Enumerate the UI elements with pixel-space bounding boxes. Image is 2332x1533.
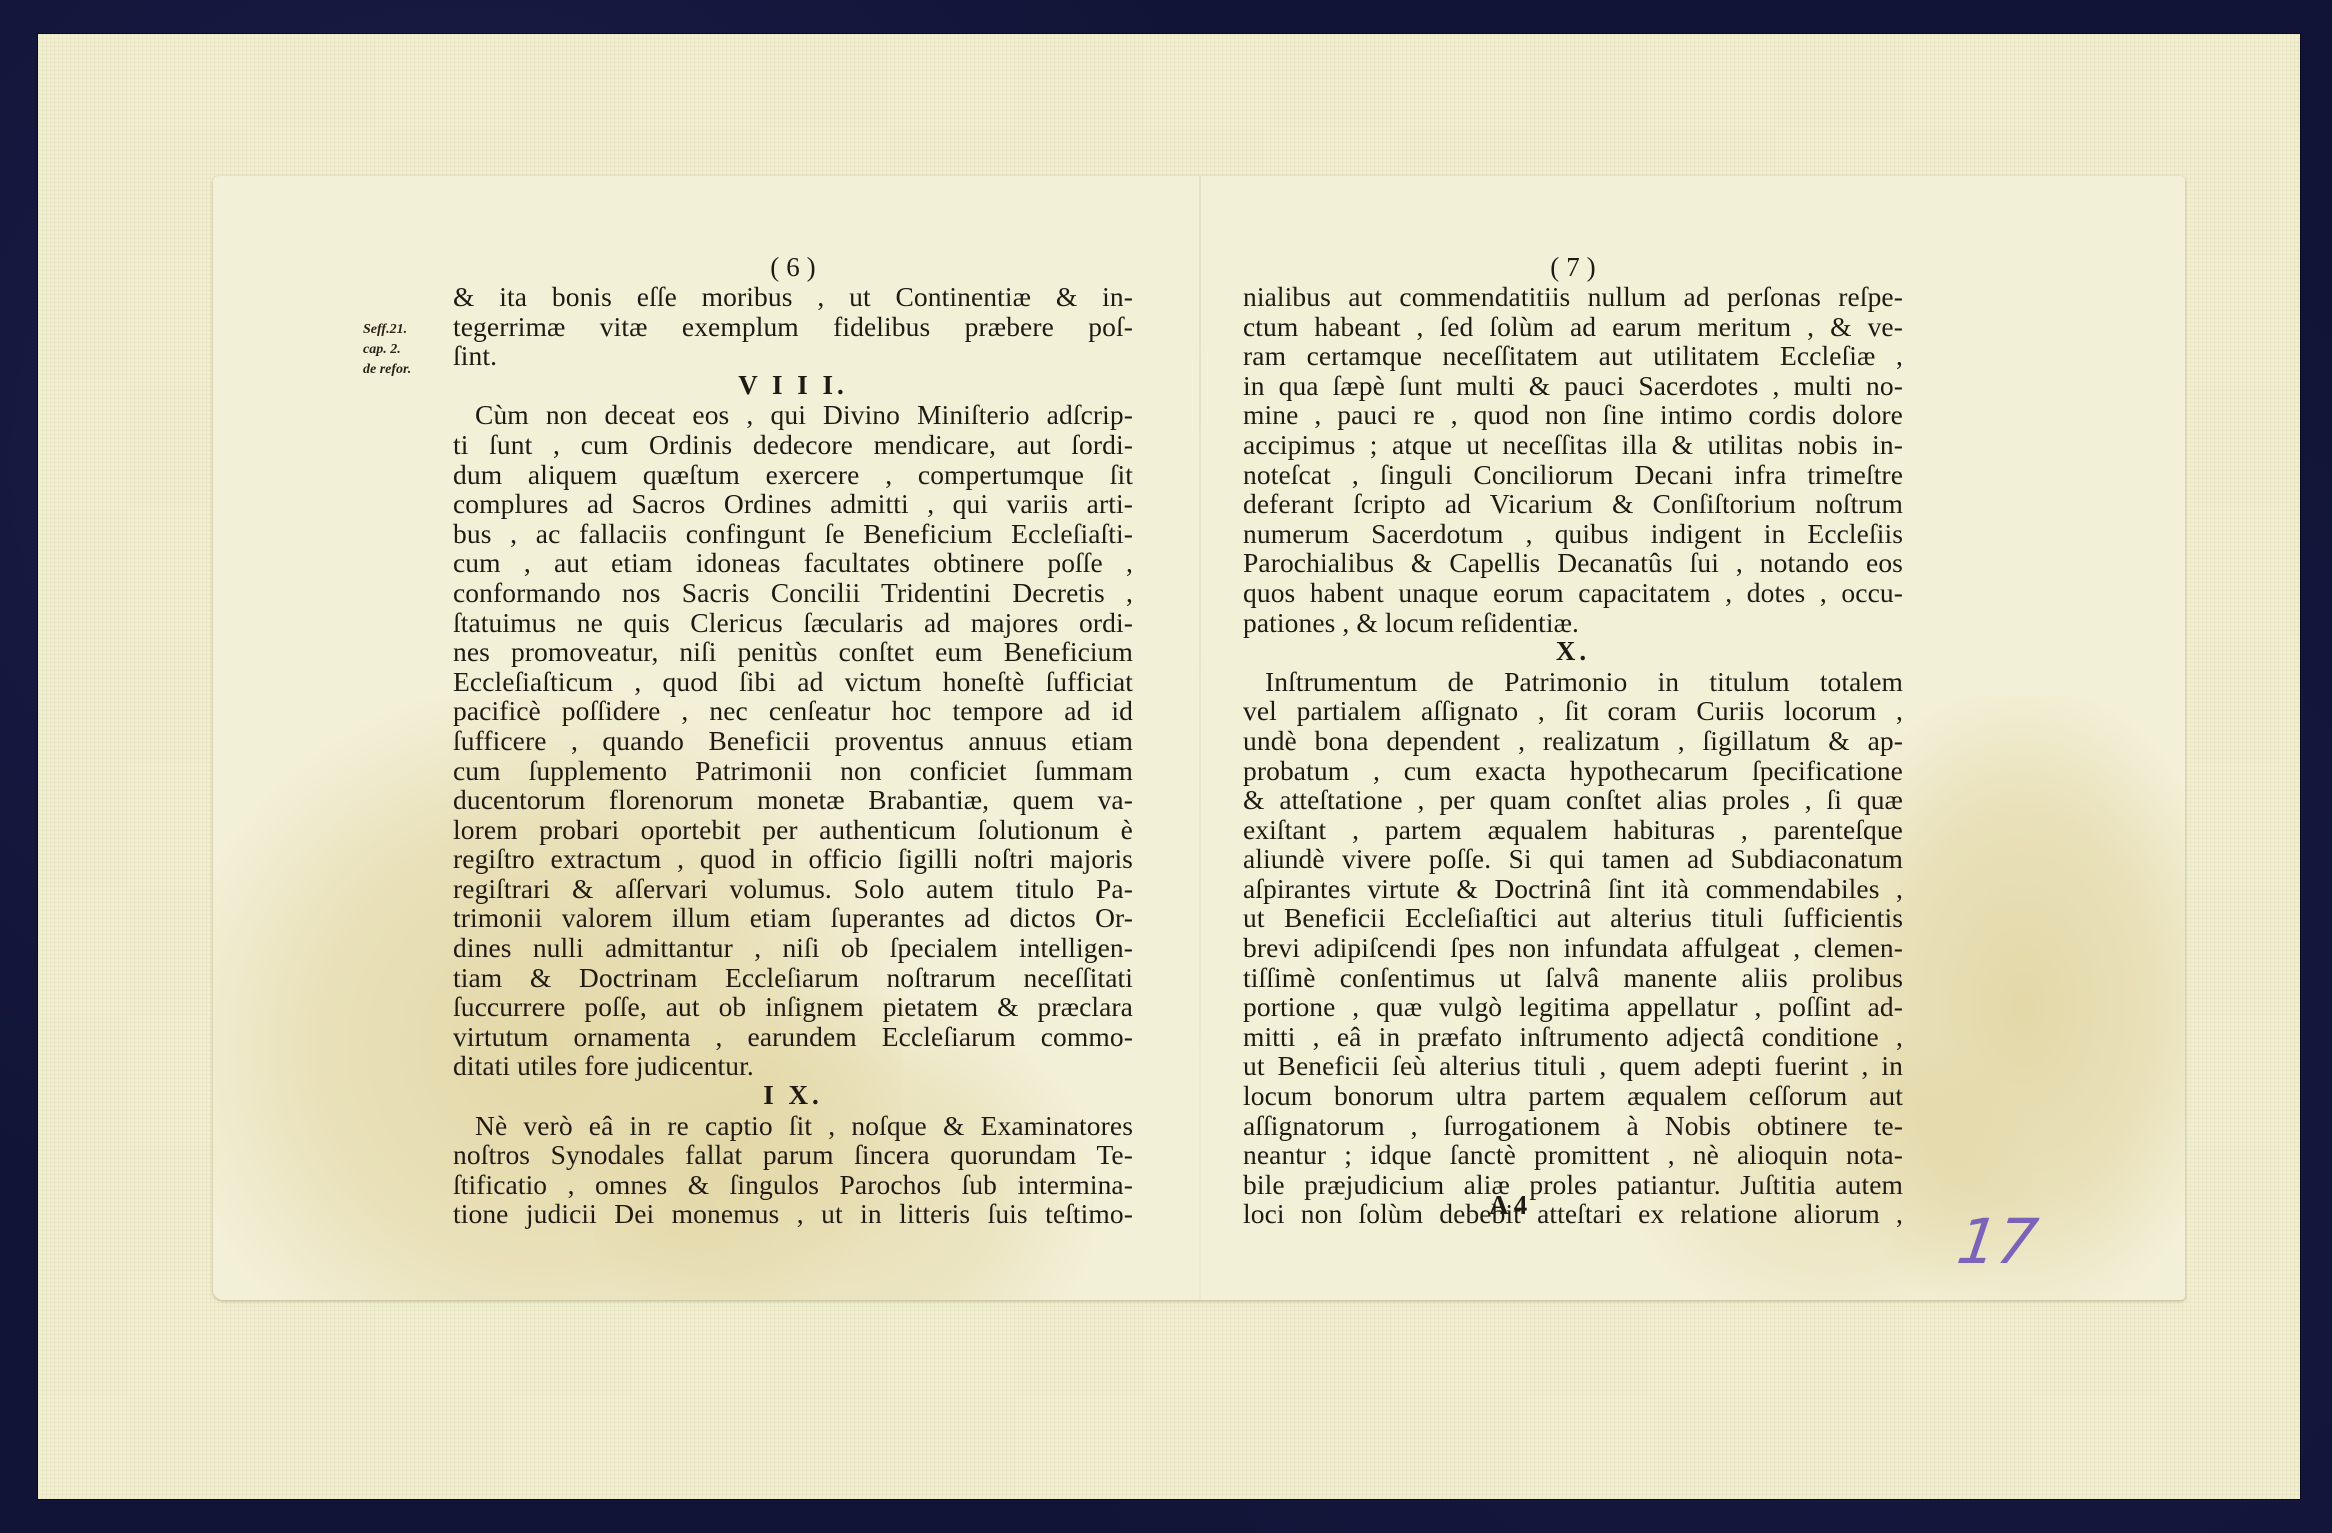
text-line: nialibus aut commendatitiis nullum ad pe… [1243, 282, 1903, 312]
text-line: brevi adipiſcendi ſpes non infundata aff… [1243, 933, 1903, 963]
text-line: aſpirantes virtute & Doctrinâ ſint ità c… [1243, 874, 1903, 904]
text-line: virtutum ornamenta , earundem Eccleſiaru… [453, 1022, 1133, 1052]
left-page: ( 6 ) & ita bonis eſſe moribus , ut Cont… [453, 252, 1133, 1229]
text-line: complures ad Sacros Ordines admitti , qu… [453, 489, 1133, 519]
text-line: cum ſupplemento Patrimonii non conficiet… [453, 756, 1133, 786]
text-line: ſuccurrere poſſe, aut ob inſignem pietat… [453, 992, 1133, 1022]
text-line: tiam & Doctrinam Eccleſiarum noſtrarum n… [453, 963, 1133, 993]
document-sheet: Seff.21. cap. 2. de refor. ( 6 ) & ita b… [213, 176, 2185, 1300]
section-heading: X. [1243, 637, 1903, 667]
page-number: ( 6 ) [453, 252, 1133, 282]
text-line: aliundè vivere poſſe. Si qui tamen ad Su… [1243, 844, 1903, 874]
text-line: ſint. [453, 341, 1133, 371]
text-line: bus , ac fallaciis confingunt ſe Benefic… [453, 519, 1133, 549]
text-line: quos habent unaque eorum capacitatem , d… [1243, 578, 1903, 608]
text-line: undè bona dependent , realizatum , ſigil… [1243, 726, 1903, 756]
text-line: regiſtrari & aſſervari volumus. Solo aut… [453, 874, 1133, 904]
margin-note-line: cap. 2. [363, 340, 411, 360]
text-line: ti ſunt , cum Ordinis dedecore mendicare… [453, 430, 1133, 460]
text-line: numerum Sacerdotum , quibus indigent in … [1243, 519, 1903, 549]
text-line: ſufficere , quando Beneficii proventus a… [453, 726, 1133, 756]
text-line: noſtros Synodales fallat parum ſincera q… [453, 1140, 1133, 1170]
text-line: Eccleſiaſticum , quod ſibi ad victum hon… [453, 667, 1133, 697]
text-line: loci non ſolùm debebit atteſtari ex rela… [1243, 1199, 1903, 1229]
text-line: ut Beneficii Eccleſiaſtici aut alterius … [1243, 903, 1903, 933]
text-line: noteſcat , ſinguli Conciliorum Decani in… [1243, 460, 1903, 490]
text-line: ducentorum florenorum monetæ Brabantiæ, … [453, 785, 1133, 815]
margin-note: Seff.21. cap. 2. de refor. [363, 320, 411, 380]
handwritten-folio-number: 17 [1953, 1205, 2042, 1278]
text-line: tiſſimè conſentimus ut ſalvâ manente ali… [1243, 963, 1903, 993]
text-line: exiſtant , partem æqualem habituras , pa… [1243, 815, 1903, 845]
text-line: trimonii valorem illum etiam ſuperantes … [453, 903, 1133, 933]
text-line: cum , aut etiam idoneas facultates obtin… [453, 548, 1133, 578]
text-line: tione judicii Dei monemus , ut in litter… [453, 1199, 1133, 1229]
text-line: portione , quæ vulgò legitima appellatur… [1243, 992, 1903, 1022]
text-line: mitti , eâ in præfato inſtrumento adject… [1243, 1022, 1903, 1052]
text-line: aſſignatorum , ſurrogationem à Nobis obt… [1243, 1111, 1903, 1141]
margin-note-line: Seff.21. [363, 320, 411, 340]
text-line: pacificè poſſidere , nec cenſeatur hoc t… [453, 696, 1133, 726]
text-line: vel partialem aſſignato , ſit coram Curi… [1243, 696, 1903, 726]
text-line: ſtificatio , omnes & ſingulos Parochos ſ… [453, 1170, 1133, 1200]
text-line: Nè verò eâ in re captio ſit , noſque & E… [453, 1111, 1133, 1141]
section-heading: V I I I. [453, 371, 1133, 401]
text-line: regiſtro extractum , quod in officio ſig… [453, 844, 1133, 874]
text-line: & atteſtatione , per quam conſtet alias … [1243, 785, 1903, 815]
text-line: dum aliquem quæſtum exercere , compertum… [453, 460, 1133, 490]
text-line: mine , pauci re , quod non ſine intimo c… [1243, 400, 1903, 430]
text-line: dines nulli admittantur , niſi ob ſpecia… [453, 933, 1133, 963]
text-line: bile præjudicium aliæ proles patiantur. … [1243, 1170, 1903, 1200]
margin-note-line: de refor. [363, 360, 411, 380]
text-line: Cùm non deceat eos , qui Divino Miniſter… [453, 400, 1133, 430]
text-line: probatum , cum exacta hypothecarum ſpeci… [1243, 756, 1903, 786]
text-line: in qua ſæpè ſunt multi & pauci Sacerdote… [1243, 371, 1903, 401]
signature-mark: A 4 [1489, 1190, 1527, 1221]
text-line: Inſtrumentum de Patrimonio in titulum to… [1243, 667, 1903, 697]
section-heading: I X. [453, 1081, 1133, 1111]
text-line: lorem probari oportebit per authenticum … [453, 815, 1133, 845]
text-line: tegerrimæ vitæ exemplum fidelibus præber… [453, 312, 1133, 342]
text-line: Parochialibus & Capellis Decanatûs ſui ,… [1243, 548, 1903, 578]
text-line: locum bonorum ultra partem æqualem ceſſo… [1243, 1081, 1903, 1111]
page-number: ( 7 ) [1243, 252, 1903, 282]
center-fold [1199, 176, 1201, 1300]
text-line: ut Beneficii ſeù alterius tituli , quem … [1243, 1051, 1903, 1081]
right-page: ( 7 ) nialibus aut commendatitiis nullum… [1243, 252, 1903, 1229]
text-line: nes promoveatur, niſi penitùs conſtet eu… [453, 637, 1133, 667]
text-line: accipimus ; atque ut neceſſitas illa & u… [1243, 430, 1903, 460]
text-line: ſtatuimus ne quis Clericus ſæcularis ad … [453, 608, 1133, 638]
text-line: ctum habeant , ſed ſolùm ad earum meritu… [1243, 312, 1903, 342]
text-line: & ita bonis eſſe moribus , ut Continenti… [453, 282, 1133, 312]
text-line: pationes , & locum reſidentiæ. [1243, 608, 1903, 638]
text-line: conformando nos Sacris Concilii Tridenti… [453, 578, 1133, 608]
text-line: ditati utiles fore judicentur. [453, 1051, 1133, 1081]
text-line: neantur ; idque ſanctè promittent , nè a… [1243, 1140, 1903, 1170]
text-line: deferant ſcripto ad Vicarium & Conſiſtor… [1243, 489, 1903, 519]
text-line: ram certamque neceſſitatem aut utilitate… [1243, 341, 1903, 371]
